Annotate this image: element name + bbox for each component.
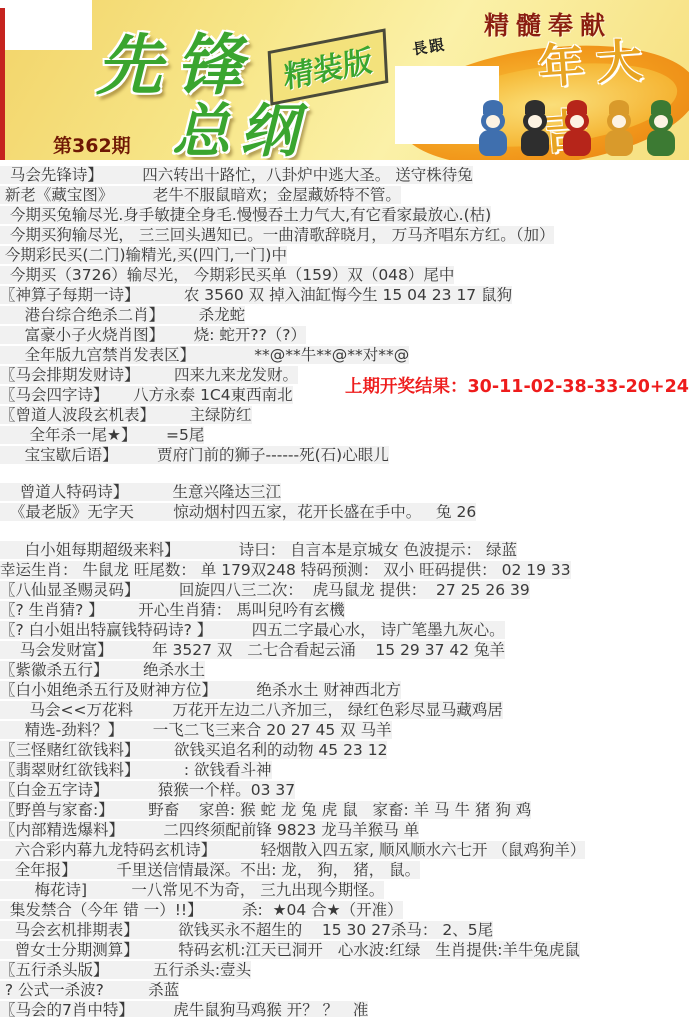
slogan-text: 精髓奉献 — [484, 6, 612, 42]
text-line: 《最老版》无字天 惊动烟村四五家，花开长盛在手中。 兔 26 — [0, 502, 689, 522]
last-draw-label: 上期开奖结果： — [345, 377, 468, 397]
text-line: 梅花诗] 一八常见不为奇， 三九出现今期怪。 — [0, 880, 689, 900]
mascots-row — [474, 96, 684, 158]
mascot-icon — [558, 100, 596, 158]
mascot-icon — [642, 100, 680, 158]
text-line: 曾女士分期测算】 特码玄机:江天已洞开 心水波:红绿 生肖提供:羊牛兔虎鼠 — [0, 940, 689, 960]
text-line: 曾道人特码诗】 生意兴隆达三江 — [0, 482, 689, 502]
text-line: 全年报】 千里送信情最深。不出: 龙， 狗， 猪， 鼠。 — [0, 860, 689, 880]
text-line: 〖野兽与家畜:】 野畜 家兽: 猴 蛇 龙 兔 虎 鼠 家畜: 羊 马 牛 猪 … — [0, 800, 689, 820]
text-line: 〖内部精选爆料】 二四终须配前锋 9823 龙马羊猴马 单 — [0, 820, 689, 840]
text-line: 〖马会的7肖中特】 虎牛鼠狗马鸡猴 开？ ？ 准 — [0, 1000, 689, 1017]
last-draw-numbers: 30-11-02-38-33-20+24 — [468, 377, 689, 397]
page: 年大吉 長跟 先锋 总纲 精装版 精髓奉献 第362期 马会先锋诗】 四六转出十… — [0, 0, 689, 1017]
text-line: 〖白金五字诗】 猿猴一个样。03 37 — [0, 780, 689, 800]
text-line: 〖翡翠财红欲钱料】 : 欲钱看斗神 — [0, 760, 689, 780]
masthead: 年大吉 長跟 先锋 总纲 精装版 精髓奉献 第362期 — [0, 0, 689, 160]
text-line: 精选-劲料？】 一飞二飞三来合 20 27 45 双 马羊 — [0, 720, 689, 740]
mascot-icon — [474, 100, 512, 158]
text-line: ? 公式一杀波? 杀蓝 — [0, 980, 689, 1000]
text-line: 〖三怪赌红欲钱料】 欲钱买追名利的动物 45 23 12 — [0, 740, 689, 760]
text-line: 〖? 白小姐出特赢钱特码诗? 】 四五二字最心水， 诗广笔墨九灰心。 — [0, 620, 689, 640]
text-line: 今期买兔输尽光.身手敏捷全身毛.慢慢吞土力气大,有它看家最放心.(枯) — [0, 205, 689, 225]
left-red-strip — [0, 8, 5, 160]
text-line: 新老《藏宝图》 老牛不服鼠暗欢；金屋藏娇特不管。 — [0, 185, 689, 205]
text-line: 六合彩内幕九龙特码玄机诗】 轻烟散入四五家, 顺风顺水六七开 （鼠鸡狗羊） — [0, 840, 689, 860]
text-line: 白小姐每期超级来料】 诗曰： 自言本是京城女 色波提示： 绿蓝 — [0, 540, 689, 560]
text-line: 〖八仙显圣赐灵码】 回旋四八三二次： 虎马鼠龙 提供： 27 25 26 39 — [0, 580, 689, 600]
text-line: 〖紫徽杀五行】 绝杀水土 — [0, 660, 689, 680]
last-draw-result: 上期开奖结果：30-11-02-38-33-20+24 — [345, 373, 689, 398]
text-line: 今期买狗输尽光， 三三回头遇知已。一曲清歌辞晓月， 万马齐唱东方红。（加） — [0, 225, 689, 245]
text-line: 富豪小子火烧肖图】 烧: 蛇开??（?） — [0, 325, 689, 345]
text-line: 〖神算子每期一诗】 农 3560 双 掉入油缸悔今生 15 04 23 17 鼠… — [0, 285, 689, 305]
text-line: 〖曾道人波段玄机表】 主绿防红 — [0, 405, 689, 425]
text-line: 幸运生肖： 牛鼠龙 旺尾数： 单 179双248 特码预测： 双小 旺码提供： … — [0, 560, 689, 580]
text-line: 全年杀一尾★】 =5尾 — [0, 425, 689, 445]
text-line: 今期买（3726）输尽光， 今期彩民买单（159）双（048）尾中 — [0, 265, 689, 285]
swoosh-small-text: 長跟 — [411, 33, 448, 59]
text-line: 〖五行杀头版】 五行杀头:壹头 — [0, 960, 689, 980]
text-line: 集发禁合（今年 错 一）!!】 杀: ★04 合★（开准） — [0, 900, 689, 920]
text-line: 港台综合绝杀二肖】 杀龙蛇 — [0, 305, 689, 325]
tip-sheet: 马会先锋诗】 四六转出十路忙，八卦炉中逃大圣。 送守株待兔 新老《藏宝图》 老牛… — [0, 160, 689, 1017]
text-line: 马会发财富】 年 3527 双 二七合看起云涌 15 29 37 42 兔羊 — [0, 640, 689, 660]
edition-badge: 精装版 — [268, 28, 389, 105]
text-line: 宝宝歇后语】 贾府门前的狮子------死(石)心眼儿 — [0, 445, 689, 465]
corner-cutout — [0, 0, 92, 50]
mascot-icon — [600, 100, 638, 158]
issue-number: 第362期 — [53, 131, 131, 158]
text-line: 〖白小姐绝杀五行及财神方位】 绝杀水土 财神西北方 — [0, 680, 689, 700]
text-line: 全年版九宫禁肖发表区】 **@**牛**@**对**@ — [0, 345, 689, 365]
text-line: 今期彩民买(二门)输精光,买(四门,一门)中 — [0, 245, 689, 265]
mascot-icon — [516, 100, 554, 158]
text-line: 马会先锋诗】 四六转出十路忙，八卦炉中逃大圣。 送守株待兔 — [0, 165, 689, 185]
text-line: 〖? 生肖猜? 】 开心生肖猜： 馬叫兒吟有玄機 — [0, 600, 689, 620]
text-line: 马会玄机排期表】 欲钱买永不超生的 15 30 27杀马： 2、5尾 — [0, 920, 689, 940]
text-line: 马会<<万花料 万花开左边二八齐加三， 绿红色彩尽显马藏鸡居 — [0, 700, 689, 720]
